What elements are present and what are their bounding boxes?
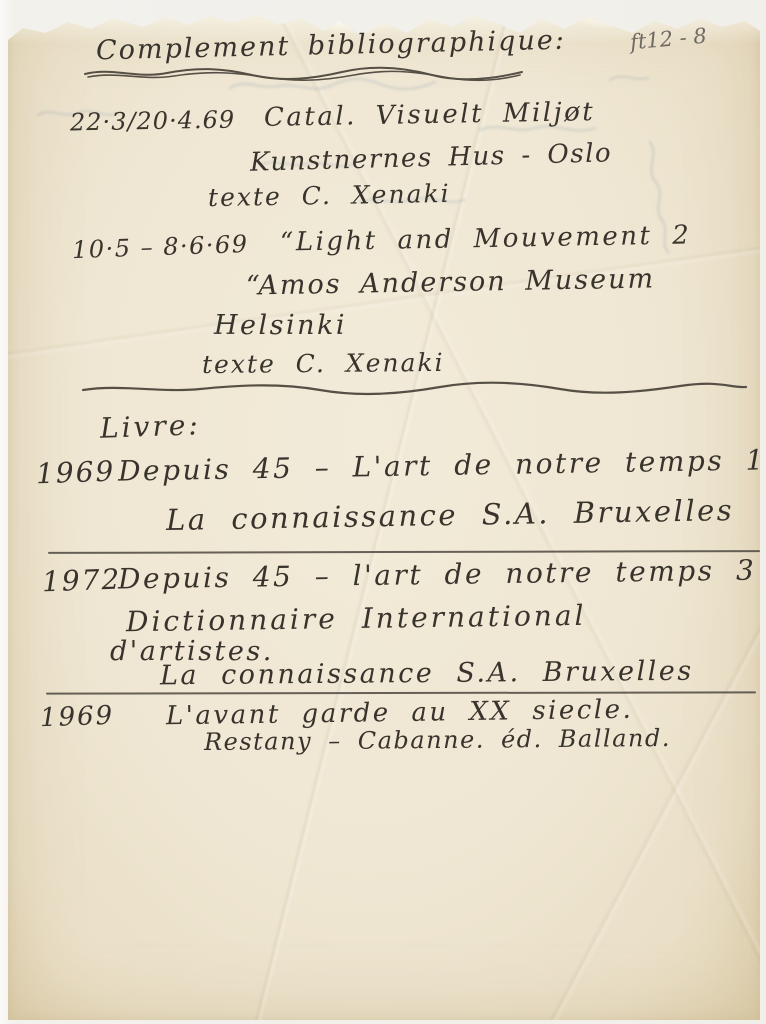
books-heading: Livre:	[99, 408, 201, 444]
scanned-page: Complement bibliographique: ft12 - 8 22·…	[0, 0, 766, 1024]
title-underline-icon	[82, 64, 526, 86]
book-line: Restany – Cabanne. éd. Balland.	[204, 724, 671, 756]
book-line: La connaissance S.A. Bruxelles	[160, 656, 694, 692]
catalogue-line: texte C. Xenaki	[202, 348, 445, 379]
section-divider-wavy	[80, 378, 750, 398]
catalogue-date: 22·3/20·4.69	[70, 106, 236, 137]
book-year: 1972	[41, 563, 121, 599]
catalogue-line: Helsinki	[214, 310, 347, 341]
book-line: Dictionnaire International	[126, 599, 587, 638]
catalogue-line: texte C. Xenaki	[208, 179, 451, 212]
book-year: 1969	[39, 701, 114, 734]
book-year: 1969	[35, 455, 115, 491]
catalogue-line: Catal. Visuelt Miljøt	[264, 97, 596, 133]
